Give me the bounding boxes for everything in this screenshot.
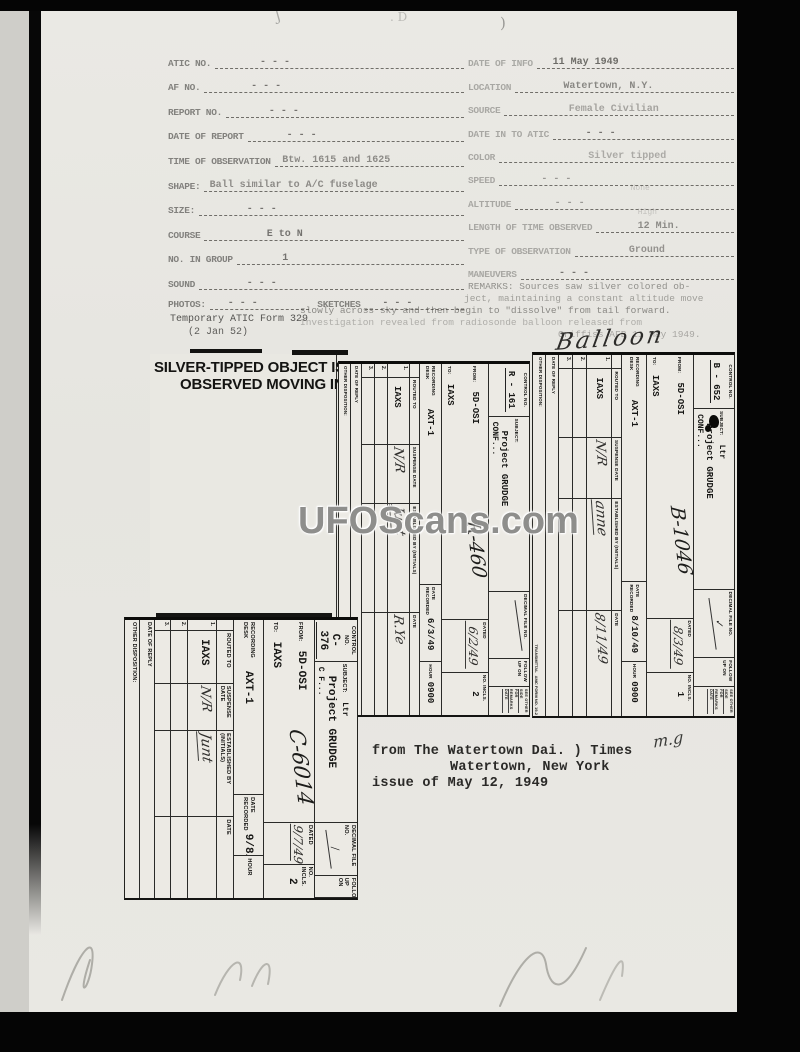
routed-to-value: IAXS bbox=[594, 377, 604, 399]
hour-label: HOUR bbox=[245, 858, 252, 875]
from-line: FROM: 5D-OSI bbox=[673, 357, 691, 616]
decimal-file-check: / bbox=[325, 829, 342, 869]
subject-value: Project GRUDGE bbox=[325, 676, 337, 820]
date-label: DATE bbox=[248, 797, 255, 831]
field-underline: 11 May 1949 bbox=[537, 53, 734, 69]
slip-from-to-row: FROM: 5D-OSI TO: IAXS C-6014 DATED 9/7/ bbox=[263, 620, 314, 898]
subject-label: SUBJECT: bbox=[514, 419, 519, 443]
field-value: - - - bbox=[251, 81, 281, 92]
field-label: COLOR bbox=[468, 152, 495, 163]
from-to-cell: FROM: 5D-OSI TO: IAXS R-460 bbox=[442, 364, 488, 620]
control-no-cell: CONTROL NO. R - 161 bbox=[489, 364, 529, 417]
row-number: 2. bbox=[171, 620, 186, 631]
photos-label: PHOTOS: bbox=[168, 299, 206, 310]
form-field-row: NO. IN GROUP 1 bbox=[168, 241, 464, 266]
see-other-side-cell: SEE OTHER SIDE FOR REMARKS DATE bbox=[489, 687, 529, 715]
from-line: FROM: 5D-OSI bbox=[468, 366, 486, 617]
field-underline: Ball similar to A/C fuselage bbox=[204, 176, 464, 192]
handwritten-signature: Junt bbox=[196, 731, 215, 764]
inclosures-label: NO. INCLS. bbox=[299, 867, 312, 896]
handwritten-date: R.Ye bbox=[390, 614, 407, 646]
dated-cell: DATED 9/7/49 bbox=[264, 823, 314, 865]
transmittal-label: TRANSMITTAL bbox=[534, 645, 539, 673]
suspense-value-cell: N/R bbox=[188, 684, 216, 731]
ufoscans-watermark: UFOScans.com bbox=[298, 500, 579, 543]
form-field-row: SHAPE: Ball similar to A/C fuselage bbox=[168, 167, 464, 192]
row-number: 3. bbox=[362, 364, 374, 378]
dated-value: 8/3/49 bbox=[671, 619, 686, 671]
follow-up-label: FOLLOW UP ON bbox=[722, 660, 733, 684]
routed-row-2: 2. bbox=[170, 620, 186, 898]
row-2-number: 2. bbox=[180, 622, 186, 628]
control-no-label: CONTROL NO. bbox=[523, 366, 529, 414]
recording-desk-cell: RECORDING DESK AXT-1 bbox=[420, 364, 441, 585]
routing-slip: CONTROL NO. C- 376 SUBJECT: Ltr Project … bbox=[124, 617, 358, 900]
form-field-row: COLOR Silver tipped bbox=[468, 140, 734, 163]
routed-header-row: ROUTED TO SUSPENSE DATE ESTABLISHED BY (… bbox=[611, 355, 621, 716]
torn-edge-mark bbox=[292, 350, 348, 355]
torn-edge-mark bbox=[190, 349, 262, 353]
row-1-number: 1. bbox=[604, 357, 610, 366]
control-no-value: C- 376 bbox=[316, 622, 341, 659]
suspense-handwritten: N/R bbox=[197, 684, 214, 713]
recording-desk-labels: RECORDING DESK bbox=[242, 622, 255, 658]
field-underline: Watertown, N.Y. bbox=[515, 77, 734, 93]
empty-cell bbox=[559, 369, 572, 438]
recording-label: RECORDING bbox=[430, 366, 436, 396]
field-underline: - - - bbox=[210, 295, 309, 310]
field-label: SOURCE bbox=[468, 105, 500, 116]
from-label: FROM: bbox=[297, 622, 303, 641]
row-number-header bbox=[612, 355, 621, 369]
control-no-label: CONTROL NO. bbox=[728, 357, 734, 406]
date-recorded-value: 6/3/49 bbox=[425, 618, 435, 650]
date-recorded-labels: DATE RECORDED bbox=[629, 584, 640, 612]
initials-cell: anne bbox=[587, 499, 611, 611]
suspense-value-cell: N/R bbox=[587, 438, 611, 499]
field-value: Ground bbox=[629, 245, 665, 256]
subject-classification: CONF... bbox=[695, 414, 704, 587]
slip-header-row: CONTROL NO. C- 376 SUBJECT: Ltr Project … bbox=[314, 620, 357, 898]
clipping-headline-line1: SILVER-TIPPED OBJECT IS bbox=[154, 359, 331, 376]
recording-desk-cell: RECORDING DESK AXT-1 bbox=[622, 355, 646, 582]
suspense-date-header: SUSPENSE DATE bbox=[217, 684, 233, 731]
row-3-number: 3. bbox=[565, 357, 571, 366]
control-no-label: CONTROL NO. bbox=[343, 622, 356, 659]
field-label: SPEED bbox=[468, 175, 495, 186]
field-underline: - - - None bbox=[499, 170, 734, 186]
field-value: 1 bbox=[282, 253, 288, 264]
recorded-label: RECORDED bbox=[242, 797, 249, 831]
from-label: FROM: bbox=[677, 357, 682, 373]
subject-value: Project GRUDGE bbox=[704, 423, 714, 587]
follow-up-cell: FOLLOW UP ON bbox=[489, 659, 529, 687]
routed-to-value: IAXS bbox=[198, 639, 210, 665]
routed-to-value-cell: IAXS bbox=[188, 631, 216, 684]
field-underline: - - - High bbox=[515, 194, 734, 210]
date-of-reply-label: DATE OF REPLY bbox=[351, 366, 360, 403]
field-value: - - - bbox=[269, 106, 299, 117]
see-other-side-label: SEE OTHER SIDE bbox=[723, 689, 733, 714]
field-underline: - - - bbox=[204, 77, 464, 93]
field-value: 11 May 1949 bbox=[553, 57, 619, 68]
field-label: AF NO. bbox=[168, 82, 200, 93]
empty-cell bbox=[573, 611, 586, 716]
field-value: - - - bbox=[247, 204, 277, 215]
dated-label: DATED bbox=[306, 825, 313, 862]
to-label: TO: bbox=[447, 366, 452, 374]
field-underline: Silver tipped bbox=[499, 147, 734, 163]
field-underline: - - - bbox=[521, 264, 734, 280]
row-number: 1. bbox=[388, 364, 409, 378]
field-label: MANEUVERS bbox=[468, 269, 517, 280]
field-underline: 1 bbox=[237, 249, 464, 265]
row-2-number: 2. bbox=[579, 357, 585, 366]
from-value: 5D-OSI bbox=[470, 392, 480, 424]
clipping-citation: from The Watertown Dai. ) Times Watertow… bbox=[372, 744, 632, 792]
follow-up-label: FOLLOW UP ON bbox=[336, 878, 356, 895]
initials-cell: Junt bbox=[188, 731, 216, 817]
date-label: DATE bbox=[634, 584, 640, 612]
empty-cell bbox=[375, 445, 387, 505]
field-value: - - - bbox=[287, 130, 317, 141]
to-value: IAXS bbox=[445, 384, 455, 406]
field-value: - - - bbox=[586, 128, 616, 139]
empty-cell bbox=[375, 378, 387, 445]
citation-line3: issue of May 12, 1949 bbox=[372, 776, 632, 792]
field-value: Watertown, N.Y. bbox=[563, 81, 653, 92]
empty-cell bbox=[155, 731, 170, 817]
recording-desk-labels: RECORDING DESK bbox=[425, 366, 436, 396]
row-number: 3. bbox=[559, 355, 572, 369]
empty-cell bbox=[155, 684, 170, 731]
field-underline: Ground bbox=[575, 241, 734, 257]
routed-to-label: ROUTED TO bbox=[411, 380, 417, 442]
from-label: FROM: bbox=[472, 366, 477, 382]
inclosures-cell: NO. INCLS. 2 bbox=[442, 673, 488, 715]
form-field-row: TIME OF OBSERVATION Btw. 1615 and 1625 bbox=[168, 142, 464, 167]
hour-cell: HOUR 0900 bbox=[622, 662, 646, 716]
form-field-row: COURSE E to N bbox=[168, 216, 464, 241]
recording-desk-cell: RECORDING DESK AXT-1 bbox=[234, 620, 262, 795]
slip-recording-row: RECORDING DESK AXT-1 DATE RECORDED 9/8/4… bbox=[233, 620, 262, 898]
to-label: TO: bbox=[652, 357, 657, 365]
subject-label: SUBJECT: bbox=[341, 664, 347, 693]
empty-cell bbox=[171, 684, 186, 731]
empty-cell bbox=[573, 369, 586, 438]
field-label: SHAPE: bbox=[168, 181, 200, 192]
control-no-cell: CONTROL NO. C- 376 bbox=[315, 620, 357, 662]
field-label: LENGTH OF TIME OBSERVED bbox=[468, 222, 592, 233]
routed-to-header: ROUTED TO bbox=[612, 369, 621, 438]
field-value: Btw. 1615 and 1625 bbox=[282, 155, 390, 166]
handwritten-signature: anne bbox=[591, 500, 610, 538]
to-value: IAXS bbox=[650, 375, 660, 397]
suspense-date-label: SUSPENSE DATE bbox=[218, 686, 231, 728]
routed-row-1: 1. IAXS N/R anne 8/11/49 bbox=[586, 355, 611, 716]
routed-header-row: ROUTED TO SUSPENSE DATE ESTABLISHED BY (… bbox=[216, 620, 233, 898]
field-label: TIME OF OBSERVATION bbox=[168, 156, 271, 167]
empty-cell bbox=[559, 611, 572, 716]
suspense-date-label: SUSPENSE DATE bbox=[614, 440, 620, 496]
routed-to-header: ROUTED TO bbox=[410, 378, 419, 445]
subject-classification: C F... bbox=[316, 667, 325, 820]
from-to-cell: FROM: 5D-OSI TO: IAXS B-1046 bbox=[647, 355, 693, 619]
recording-label: RECORDING bbox=[634, 357, 640, 387]
suspense-handwritten: N/R bbox=[390, 445, 407, 474]
form-field-row: LENGTH OF TIME OBSERVED 12 Min. bbox=[468, 210, 734, 233]
scan-left-margin bbox=[0, 10, 29, 1012]
date-label: DATE bbox=[225, 819, 232, 896]
inclosures-cell: NO. INCLS. 1 bbox=[647, 673, 693, 716]
hour-value: 0900 bbox=[629, 681, 639, 703]
empty-cell bbox=[362, 613, 374, 715]
hour-label: HOUR bbox=[428, 664, 434, 678]
routed-row-1: 1. IAXS N/R Junt bbox=[187, 620, 216, 898]
empty-cell bbox=[171, 631, 186, 684]
row-2-number: 2. bbox=[380, 366, 386, 375]
dated-cell: DATED 6/2/49 bbox=[442, 620, 488, 673]
dated-cell: DATED 8/3/49 bbox=[647, 619, 693, 673]
field-underline: Female Civilian bbox=[504, 100, 734, 116]
recording-desk-labels: RECORDING DESK bbox=[629, 357, 640, 387]
routed-to-header: ROUTED TO bbox=[217, 631, 233, 684]
dated-label: DATED bbox=[687, 621, 693, 670]
atic-form-right-column: DATE OF INFO 11 May 1949 LOCATION Watert… bbox=[468, 46, 734, 280]
field-label: COURSE bbox=[168, 230, 200, 241]
inclosures-label: NO. INCLS. bbox=[482, 675, 488, 713]
form-revision-date: (2 Jan 52) bbox=[188, 327, 248, 338]
form-field-row: SOURCE Female Civilian bbox=[468, 93, 734, 116]
established-by-header: ESTABLISHED BY (INITIALS) bbox=[217, 731, 233, 817]
to-line: TO: IAXS bbox=[443, 366, 461, 617]
date-recorded-value: 8/10/49 bbox=[629, 615, 639, 653]
recording-desk-value: AXT-1 bbox=[425, 409, 435, 436]
row-number-header bbox=[410, 364, 419, 378]
citation-line1: from The Watertown Dai. ) Times bbox=[372, 744, 632, 760]
established-by-label: ESTABLISHED BY (INITIALS) bbox=[614, 501, 620, 608]
row-number: 1. bbox=[188, 620, 216, 631]
row-number: 2. bbox=[573, 355, 586, 369]
empty-cell bbox=[559, 438, 572, 499]
clipping-headline-line2: OBSERVED MOVING IN SKY bbox=[180, 376, 331, 393]
remarks-line: REMARKS: Sources saw silver colored ob- bbox=[468, 281, 690, 292]
for-remarks-label: FOR REMARKS bbox=[713, 689, 723, 714]
field-value: 12 Min. bbox=[638, 221, 680, 232]
empty-cell bbox=[362, 378, 374, 445]
empty-cell bbox=[171, 817, 186, 898]
decimal-file-label: DECIMAL FILE NO. bbox=[523, 594, 529, 656]
scan-border-top bbox=[0, 0, 800, 11]
row-3-number: 3. bbox=[367, 366, 373, 375]
dated-value: 6/2/49 bbox=[466, 621, 481, 671]
date-recorded-labels: DATE RECORDED bbox=[425, 587, 436, 615]
dated-label: DATED bbox=[482, 622, 488, 670]
recording-desk-value: AXT-1 bbox=[629, 400, 639, 427]
page-edge-shadow bbox=[29, 10, 41, 935]
row-number: 3. bbox=[155, 620, 170, 631]
form-field-row: DATE IN TO ATIC - - - bbox=[468, 116, 734, 139]
hour-cell: HOUR 0900 bbox=[420, 662, 441, 715]
inclosures-value: 2 bbox=[471, 675, 481, 713]
date-recorded-value: 9/8/49 bbox=[242, 834, 254, 857]
to-label: TO: bbox=[272, 622, 278, 632]
faint-field-note: High bbox=[638, 208, 657, 217]
for-remarks-label: FOR REMARKS bbox=[508, 689, 518, 713]
row-3-number: 3. bbox=[163, 622, 169, 628]
empty-cell bbox=[375, 613, 387, 715]
inclosures-label: NO. INCLS. bbox=[687, 675, 693, 714]
photos-value: - - - bbox=[228, 298, 258, 309]
routed-to-value: IAXS bbox=[392, 386, 402, 408]
date-header: DATE bbox=[612, 611, 621, 716]
form-field-row: ATIC NO. - - - bbox=[168, 44, 464, 69]
inclosures-cell: NO. INCLS. 2 bbox=[264, 865, 314, 898]
handwritten-reference-number: C-6014 bbox=[284, 728, 314, 806]
date-of-reply-row: DATE OF REPLY bbox=[139, 620, 154, 898]
row-number-header bbox=[217, 620, 233, 631]
decimal-file-cell: DECIMAL FILE NO. / bbox=[315, 823, 357, 876]
slip-from-to-row: FROM: 5D-OSI TO: IAXS B-1046 DATED 8/3/ bbox=[646, 355, 693, 716]
subject-cell: SUBJECT: Ltr Project GRUDGE CONF... bbox=[694, 409, 734, 590]
empty-cell bbox=[155, 631, 170, 684]
date-header: DATE bbox=[217, 817, 233, 898]
form-field-row: REPORT NO. - - - bbox=[168, 93, 464, 118]
control-no-value: R - 161 bbox=[506, 368, 517, 412]
row-1-number: 1. bbox=[402, 366, 408, 375]
field-value: Female Civilian bbox=[569, 104, 659, 115]
amc-form-number: AMC FORM NO. 19-2 bbox=[534, 676, 539, 715]
field-value: - - - bbox=[541, 174, 571, 185]
recording-label: RECORDING bbox=[248, 622, 255, 658]
newspaper-clipping: SILVER-TIPPED OBJECT IS OBSERVED MOVING … bbox=[150, 354, 337, 620]
see-other-side-label: SEE OTHER SIDE bbox=[518, 689, 528, 713]
form-field-row: MANEUVERS - - - bbox=[468, 257, 734, 280]
hour-label: HOUR bbox=[631, 664, 637, 678]
scan-border-right bbox=[737, 0, 800, 1052]
dated-value: 9/7/49 bbox=[290, 824, 305, 863]
routed-to-label: ROUTED TO bbox=[614, 371, 620, 435]
suspense-date-label: SUSPENSE DATE bbox=[411, 447, 417, 502]
subject-cell: SUBJECT: Ltr Project GRUDGE C F... bbox=[315, 662, 357, 823]
handwritten-date: 8/11/49 bbox=[591, 612, 609, 666]
recorded-label: RECORDED bbox=[629, 584, 635, 612]
routed-to-label: ROUTED TO bbox=[225, 633, 232, 681]
row-number: 2. bbox=[375, 364, 387, 378]
form-field-row: SPEED - - - None bbox=[468, 163, 734, 186]
inclosures-value: 2 bbox=[286, 867, 298, 896]
date-signed-cell: 8/11/49 bbox=[587, 611, 611, 716]
from-to-cell: FROM: 5D-OSI TO: IAXS C-6014 bbox=[264, 620, 314, 823]
form-field-row: ALTITUDE - - - High bbox=[468, 186, 734, 209]
field-label: ALTITUDE bbox=[468, 199, 511, 210]
field-underline: - - - bbox=[215, 53, 464, 69]
routed-row-3: 3. bbox=[154, 620, 170, 898]
date-signed-cell: R.Ye bbox=[388, 613, 409, 715]
decimal-file-label: DECIMAL FILE NO. bbox=[728, 592, 734, 656]
suspense-handwritten: N/R bbox=[592, 438, 609, 467]
other-disposition-label: OTHER DISPOSITION: bbox=[533, 357, 543, 407]
from-value: 5D-OSI bbox=[675, 383, 685, 415]
date-recorded-labels: DATE RECORDED bbox=[242, 797, 255, 831]
field-label: DATE IN TO ATIC bbox=[468, 129, 549, 140]
control-no-cell: CONTROL NO. B - 652 bbox=[694, 355, 734, 409]
control-no-value: B - 652 bbox=[711, 360, 722, 404]
field-value: - - - bbox=[555, 198, 585, 209]
from-value: 5D-OSI bbox=[295, 651, 307, 691]
empty-cell bbox=[155, 817, 170, 898]
remarks-line: ject, maintaining a constant altitude mo… bbox=[464, 293, 703, 304]
side-date-label: DATE bbox=[707, 689, 713, 714]
routed-to-value-cell: IAXS bbox=[587, 369, 611, 438]
pencil-mark: ) bbox=[500, 14, 506, 32]
suspense-date-header: SUSPENSE DATE bbox=[612, 438, 621, 499]
date-label: DATE bbox=[614, 613, 620, 714]
field-underline: - - - bbox=[553, 124, 734, 140]
handwritten-reference-number: B-1046 bbox=[666, 506, 693, 577]
field-value: Ball similar to A/C fuselage bbox=[210, 180, 378, 191]
date-recorded-cell: DATE RECORDED 8/10/49 bbox=[622, 582, 646, 661]
date-of-reply-label: DATE OF REPLY bbox=[140, 622, 152, 667]
subject-prefix: Ltr bbox=[717, 445, 726, 459]
scanned-document-page: ʃ ) . D ATIC NO. - - - AF NO. - - - REPO… bbox=[0, 0, 800, 1052]
form-field-row: DATE OF REPORT - - - bbox=[168, 118, 464, 143]
date-label: DATE bbox=[411, 615, 417, 713]
field-label: DATE OF INFO bbox=[468, 58, 533, 69]
field-label: NO. IN GROUP bbox=[168, 254, 233, 265]
faint-field-note: None bbox=[631, 184, 650, 193]
decimal-file-label: DECIMAL FILE NO. bbox=[343, 825, 356, 873]
slip-header-row: CONTROL NO. B - 652 SUBJECT: Ltr Project… bbox=[693, 355, 734, 716]
recording-desk-value: AXT-1 bbox=[242, 671, 254, 704]
citation-line2: Watertown, New York bbox=[450, 760, 632, 776]
established-by-header: ESTABLISHED BY (INITIALS) bbox=[612, 499, 621, 611]
empty-cell bbox=[362, 445, 374, 505]
see-other-side-cell: SEE OTHER SIDE FOR REMARKS DATE bbox=[694, 687, 734, 716]
other-disposition-label: OTHER DISPOSITION: bbox=[339, 366, 348, 416]
atic-form-left-column: ATIC NO. - - - AF NO. - - - REPORT NO. -… bbox=[168, 44, 464, 290]
to-line: TO: IAXS bbox=[648, 357, 666, 616]
row-1-number: 1. bbox=[209, 622, 215, 628]
recorded-label: RECORDED bbox=[425, 587, 431, 615]
pencil-mark: . D bbox=[390, 10, 407, 24]
date-of-reply-label: DATE OF REPLY bbox=[546, 357, 556, 394]
remarks-line: slowly across sky and then begin to "dis… bbox=[300, 305, 671, 316]
side-date-label: DATE bbox=[502, 689, 508, 713]
follow-up-cell: FOLLOW UP ON bbox=[315, 876, 357, 898]
date-signed-cell bbox=[188, 817, 216, 898]
other-disposition-row: OTHER DISPOSITION: bbox=[125, 620, 139, 898]
subject-label: SUBJECT: bbox=[719, 411, 724, 435]
field-value: - - - bbox=[559, 268, 589, 279]
routed-to-value-cell: IAXS bbox=[388, 378, 409, 445]
row-number: 1. bbox=[587, 355, 611, 369]
empty-cell bbox=[171, 731, 186, 817]
field-value: Silver tipped bbox=[588, 151, 666, 162]
form-field-row: DATE OF INFO 11 May 1949 bbox=[468, 46, 734, 69]
field-value: - - - bbox=[260, 57, 290, 68]
field-label: SIZE: bbox=[168, 205, 195, 216]
field-underline: 12 Min. bbox=[596, 217, 734, 233]
suspense-date-header: SUSPENSE DATE bbox=[410, 445, 419, 505]
other-disposition-label: OTHER DISPOSITION: bbox=[125, 622, 137, 683]
established-by-label: ESTABLISHED BY (INITIALS) bbox=[218, 733, 231, 814]
date-recorded-cell: DATE RECORDED 6/3/49 bbox=[420, 585, 441, 662]
field-value: E to N bbox=[267, 229, 303, 240]
decimal-file-check: ✓ bbox=[709, 597, 728, 650]
inclosures-value: 1 bbox=[676, 675, 686, 714]
form-field-row: SIZE: - - - bbox=[168, 192, 464, 217]
